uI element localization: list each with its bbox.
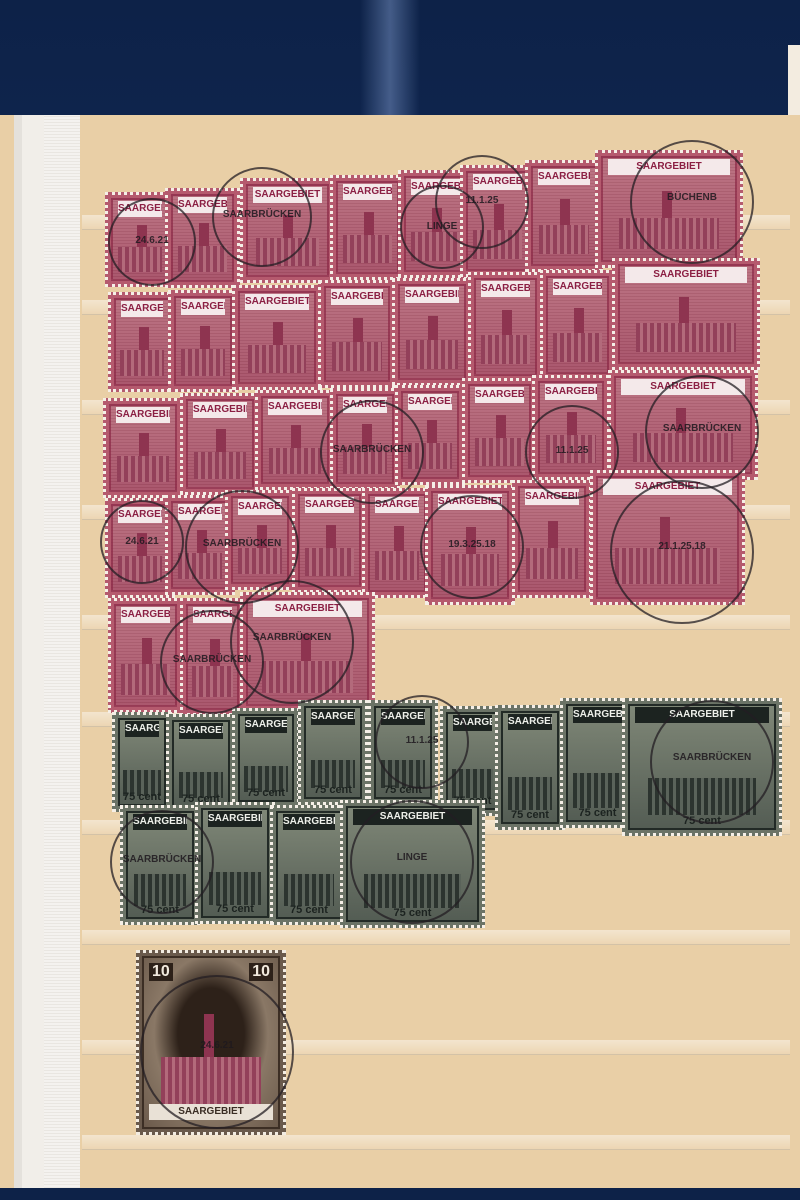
green-stamp: SAARGEBIET75 cent [270,805,348,925]
building-motif [481,335,529,364]
country-label: SAARGEBIET [635,707,769,723]
denomination: 10 [149,963,173,981]
denomination: 75 cent [371,784,435,796]
country-label: SAARGEBIET [149,1104,273,1120]
red-stamp: SAARGEBIET [318,280,396,388]
country-label: SAARGEBIET [121,607,170,623]
country-label: SAARGEBIET [208,811,262,827]
red-stamp: SAARGEBIET [540,270,615,380]
country-label: SAARGEBIET [193,402,247,418]
country-label: SAARGEBIET [538,169,590,185]
red-stamp: SAARGEBIET [240,592,375,712]
denomination: 75 cent [273,904,345,916]
building-motif [441,554,500,586]
denomination: 75 cent [343,907,482,919]
country-label: SAARGEBIET [305,497,354,513]
country-label: SAARGEBIET [603,479,732,495]
building-motif [546,435,596,463]
red-stamp: SAARGEBIET [180,598,245,716]
building-motif [178,246,226,272]
country-label: SAARGEBIET [118,201,162,217]
building-motif [343,235,391,263]
denomination: 75 cent [198,903,272,915]
red-stamp: SAARGEBIET [232,285,322,390]
building-motif [256,238,318,266]
country-label: SAARGEBIET [621,379,745,395]
green-stamp: SAARGEBIET75 cent [495,705,565,830]
green-stamp: SAARGEBIET75 cent [166,714,236,814]
country-label: SAARGEBIET [245,294,309,310]
red-stamp: SAARGEBIET [612,258,760,370]
country-label: SAARGEBIET [625,267,747,283]
red-stamp: SAARGEBIET [425,485,515,605]
building-motif [181,349,226,376]
country-label: SAARGEBIET [253,601,362,617]
building-motif [178,553,223,579]
green-stamp: SAARGEBIET75 cent [368,700,438,805]
red-stamp: SAARGEBIET [330,388,400,490]
country-label: SAARGEBIET [245,717,287,733]
building-motif [633,433,734,462]
building-motif [526,548,578,579]
building-motif [161,1057,262,1107]
country-label: SAARGEBIET [438,494,502,510]
country-label: SAARGEBIET [508,714,552,730]
country-label: SAARGEBIET [118,507,162,523]
building-motif [648,778,756,815]
red-stamp: SAARGEBIET [468,272,543,382]
denomination: 75 cent [498,809,562,821]
red-stamp: SAARGEBIET [392,278,472,386]
building-motif [408,443,453,469]
building-motif [262,661,352,693]
red-stamp: SAARGEBIET [590,470,745,605]
country-label: SAARGEBIET [179,723,223,739]
building-motif [194,452,246,479]
red-stamp: SAARGEBIET [525,160,603,272]
country-label: SAARGEBIET [178,197,227,213]
country-label: SAARGEBIET [405,287,459,303]
red-stamp: SAARGEBIET [108,292,176,392]
country-label: SAARGEBIET [381,709,425,725]
red-stamp: SAARGEBIET [362,488,432,598]
building-motif [238,548,283,574]
country-label: SAARGEBIET [475,387,524,403]
building-motif [332,342,382,371]
album-cover-bottom [0,1188,800,1200]
building-motif [118,556,163,582]
building-motif [375,551,420,580]
red-stamp: SAARGEBIET [330,175,405,280]
country-label: SAARGEBIET [573,707,622,723]
country-label: SAARGEBIET [375,497,419,513]
building-motif [364,874,461,908]
red-stamp: SAARGEBIET [240,178,335,283]
building-motif [305,548,353,576]
red-stamp: SAARGEBIET [225,490,295,590]
red-stamp: SAARGEBIET [608,370,758,480]
green-stamp: SAARGEBIET75 cent [298,700,368,805]
country-label: SAARGEBIET [125,721,159,737]
denomination: 10 [249,963,273,981]
building-motif [539,225,589,255]
building-motif [473,230,521,260]
denomination: 75 cent [115,791,169,803]
country-label: SAARGEBIET [178,504,222,520]
country-label: SAARGEBIET [253,187,322,203]
building-motif [508,777,553,810]
denomination: 75 cent [625,815,779,827]
building-motif [619,218,718,249]
country-label: SAARGEBIET [343,184,392,200]
country-label: SAARGEBIET [311,709,355,725]
green-stamp: SAARGEBIET75 cent [232,708,300,808]
building-motif [573,773,621,808]
country-label: SAARGEBIET [116,407,170,423]
building-motif [553,333,601,362]
red-stamp: SAARGEBIET [180,393,260,495]
green-stamp: SAARGEBIET75 cent [340,800,485,928]
building-motif [120,350,163,376]
building-motif [615,548,719,584]
stockbook-strip [82,1135,790,1150]
red-stamp: SAARGEBIET [292,488,367,593]
green-stamp: SAARGEBIET75 cent [195,802,275,924]
brown-stamp: SAARGEBIET1010 [136,950,286,1135]
country-label: SAARGEBIET [121,301,163,317]
green-stamp: SAARGEBIET75 cent [622,698,782,836]
country-label: SAARGEBIET [473,174,522,190]
red-stamp: SAARGEBIET [103,398,183,498]
building-motif [406,340,458,369]
green-stamp: SAARGEBIET75 cent [120,805,200,925]
country-label: SAARGEBIET [268,399,322,415]
red-stamp: SAARGEBIET [460,165,535,277]
green-stamp: SAARGEBIET75 cent [112,712,172,812]
building-motif [411,232,459,261]
country-label: SAARGEBIET [608,159,730,175]
country-label: SAARGEBIET [181,299,225,315]
country-label: SAARGEBIET [408,394,452,410]
denomination: 75 cent [123,904,197,916]
building-motif [192,666,233,697]
country-label: SAARGEBIET [411,179,460,195]
country-label: SAARGEBIET [453,715,492,731]
red-stamp: SAARGEBIET [108,598,183,713]
denomination: 75 cent [301,784,365,796]
building-motif [118,247,163,272]
building-motif [121,664,169,695]
red-stamp: SAARGEBIET [255,390,335,490]
red-stamp: SAARGEBIET [512,480,592,598]
cover-glare [360,0,420,120]
country-label: SAARGEBIET [481,281,530,297]
red-stamp: SAARGEBIET [165,188,240,288]
building-motif [248,345,307,373]
denomination: 75 cent [235,787,297,799]
building-motif [343,447,388,474]
country-label: SAARGEBIET [353,809,472,825]
country-label: SAARGEBIET [545,384,597,400]
building-motif [134,874,186,906]
country-label: SAARGEBIET [133,814,187,830]
country-label: SAARGEBIET [331,289,383,305]
country-label: SAARGEBIET [525,489,579,505]
building-motif [284,874,334,906]
building-motif [269,448,321,474]
building-motif [475,438,523,466]
country-label: SAARGEBIET [553,279,602,295]
hinge-fabric [44,115,80,1190]
red-stamp: SAARGEBIET [595,150,743,268]
red-stamp: SAARGEBIET [462,378,537,483]
country-label: SAARGEBIET [343,397,387,413]
building-motif [209,872,261,904]
building-motif [636,323,735,353]
red-stamp: SAARGEBIET [395,385,465,485]
country-label: SAARGEBIET [193,607,232,623]
red-stamp: SAARGEBIET [168,290,238,392]
building-motif [117,456,169,482]
red-stamp: SAARGEBIET [532,375,610,480]
country-label: SAARGEBIET [283,814,335,830]
country-label: SAARGEBIET [238,499,282,515]
stockbook-strip [82,930,790,945]
binding-hinge [14,115,80,1190]
